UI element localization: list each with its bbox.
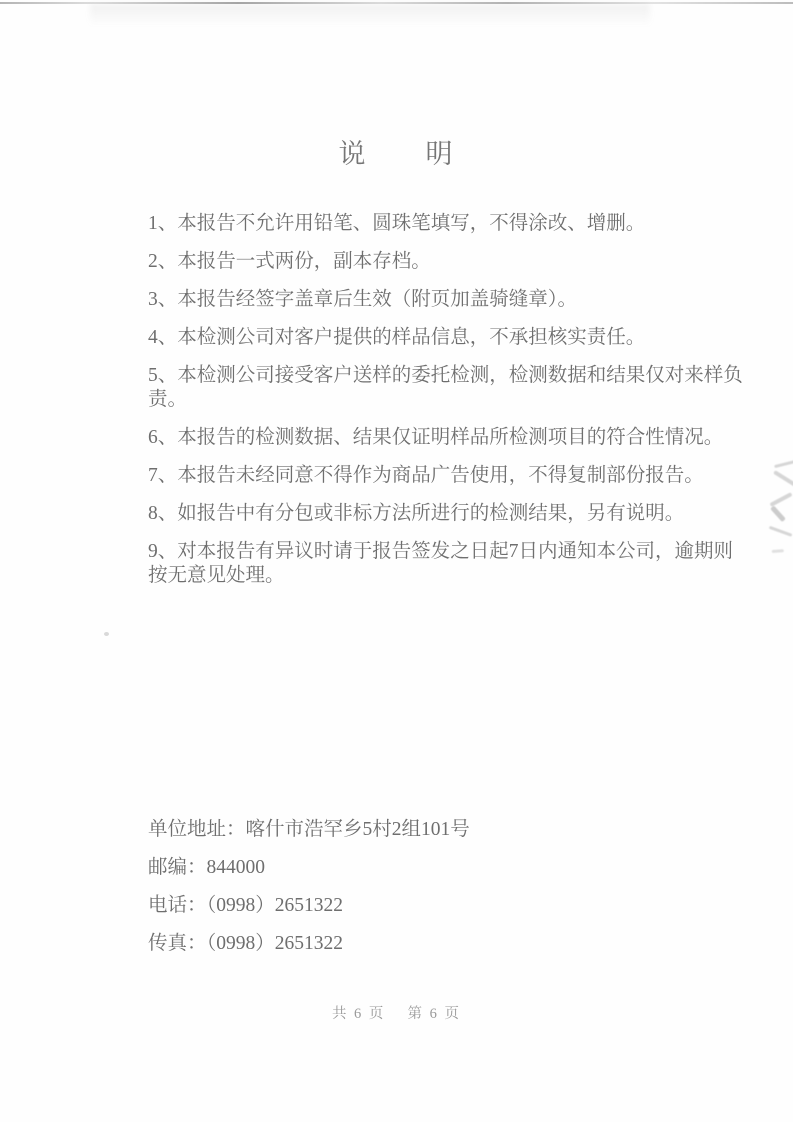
note-item-6: 6、本报告的检测数据、结果仅证明样品所检测项目的符合性情况。 — [148, 426, 748, 450]
contact-postcode: 邮编：844000 — [148, 856, 470, 880]
page-title: 说 明 — [0, 132, 793, 171]
note-item-2: 2、本报告一式两份，副本存档。 — [148, 250, 748, 274]
contact-address: 单位地址：喀什市浩罕乡5村2组101号 — [148, 818, 470, 842]
note-item-7: 7、本报告未经同意不得作为商品广告使用，不得复制部份报告。 — [148, 464, 748, 488]
document-page: 说 明 1、本报告不允许用铅笔、圆珠笔填写，不得涂改、增删。 2、本报告一式两份… — [0, 0, 793, 1122]
note-item-8: 8、如报告中有分包或非标方法所进行的检测结果，另有说明。 — [148, 502, 748, 526]
contact-phone-label: 电话： — [148, 895, 207, 916]
note-item-1: 1、本报告不允许用铅笔、圆珠笔填写，不得涂改、增删。 — [148, 212, 748, 236]
note-item-3: 3、本报告经签字盖章后生效（附页加盖骑缝章）。 — [148, 288, 748, 312]
contact-phone: 电话：（0998）2651322 — [148, 894, 470, 918]
page-number-footer: 共 6 页 第 6 页 — [0, 1002, 793, 1023]
contact-block: 单位地址：喀什市浩罕乡5村2组101号 邮编：844000 电话：（0998）2… — [148, 818, 470, 970]
note-item-9: 9、对本报告有异议时请于报告签发之日起7日内通知本公司，逾期则按无意见处理。 — [148, 540, 748, 588]
notes-list: 1、本报告不允许用铅笔、圆珠笔填写，不得涂改、增删。 2、本报告一式两份，副本存… — [148, 212, 748, 602]
contact-postcode-label: 邮编： — [148, 857, 207, 878]
scan-artifact-shadow — [90, 4, 650, 26]
contact-postcode-value: 844000 — [207, 857, 266, 878]
contact-address-value: 喀什市浩罕乡5村2组101号 — [246, 819, 470, 840]
contact-fax-label: 传真： — [148, 933, 207, 954]
note-item-5: 5、本检测公司接受客户送样的委托检测，检测数据和结果仅对来样负责。 — [148, 364, 748, 412]
contact-address-label: 单位地址： — [148, 819, 246, 840]
contact-fax-value: （0998）2651322 — [207, 933, 344, 954]
contact-phone-value: （0998）2651322 — [207, 895, 344, 916]
note-item-4: 4、本检测公司对客户提供的样品信息，不承担核实责任。 — [148, 326, 748, 350]
contact-fax: 传真：（0998）2651322 — [148, 932, 470, 956]
scan-speck-artifact — [104, 632, 109, 636]
